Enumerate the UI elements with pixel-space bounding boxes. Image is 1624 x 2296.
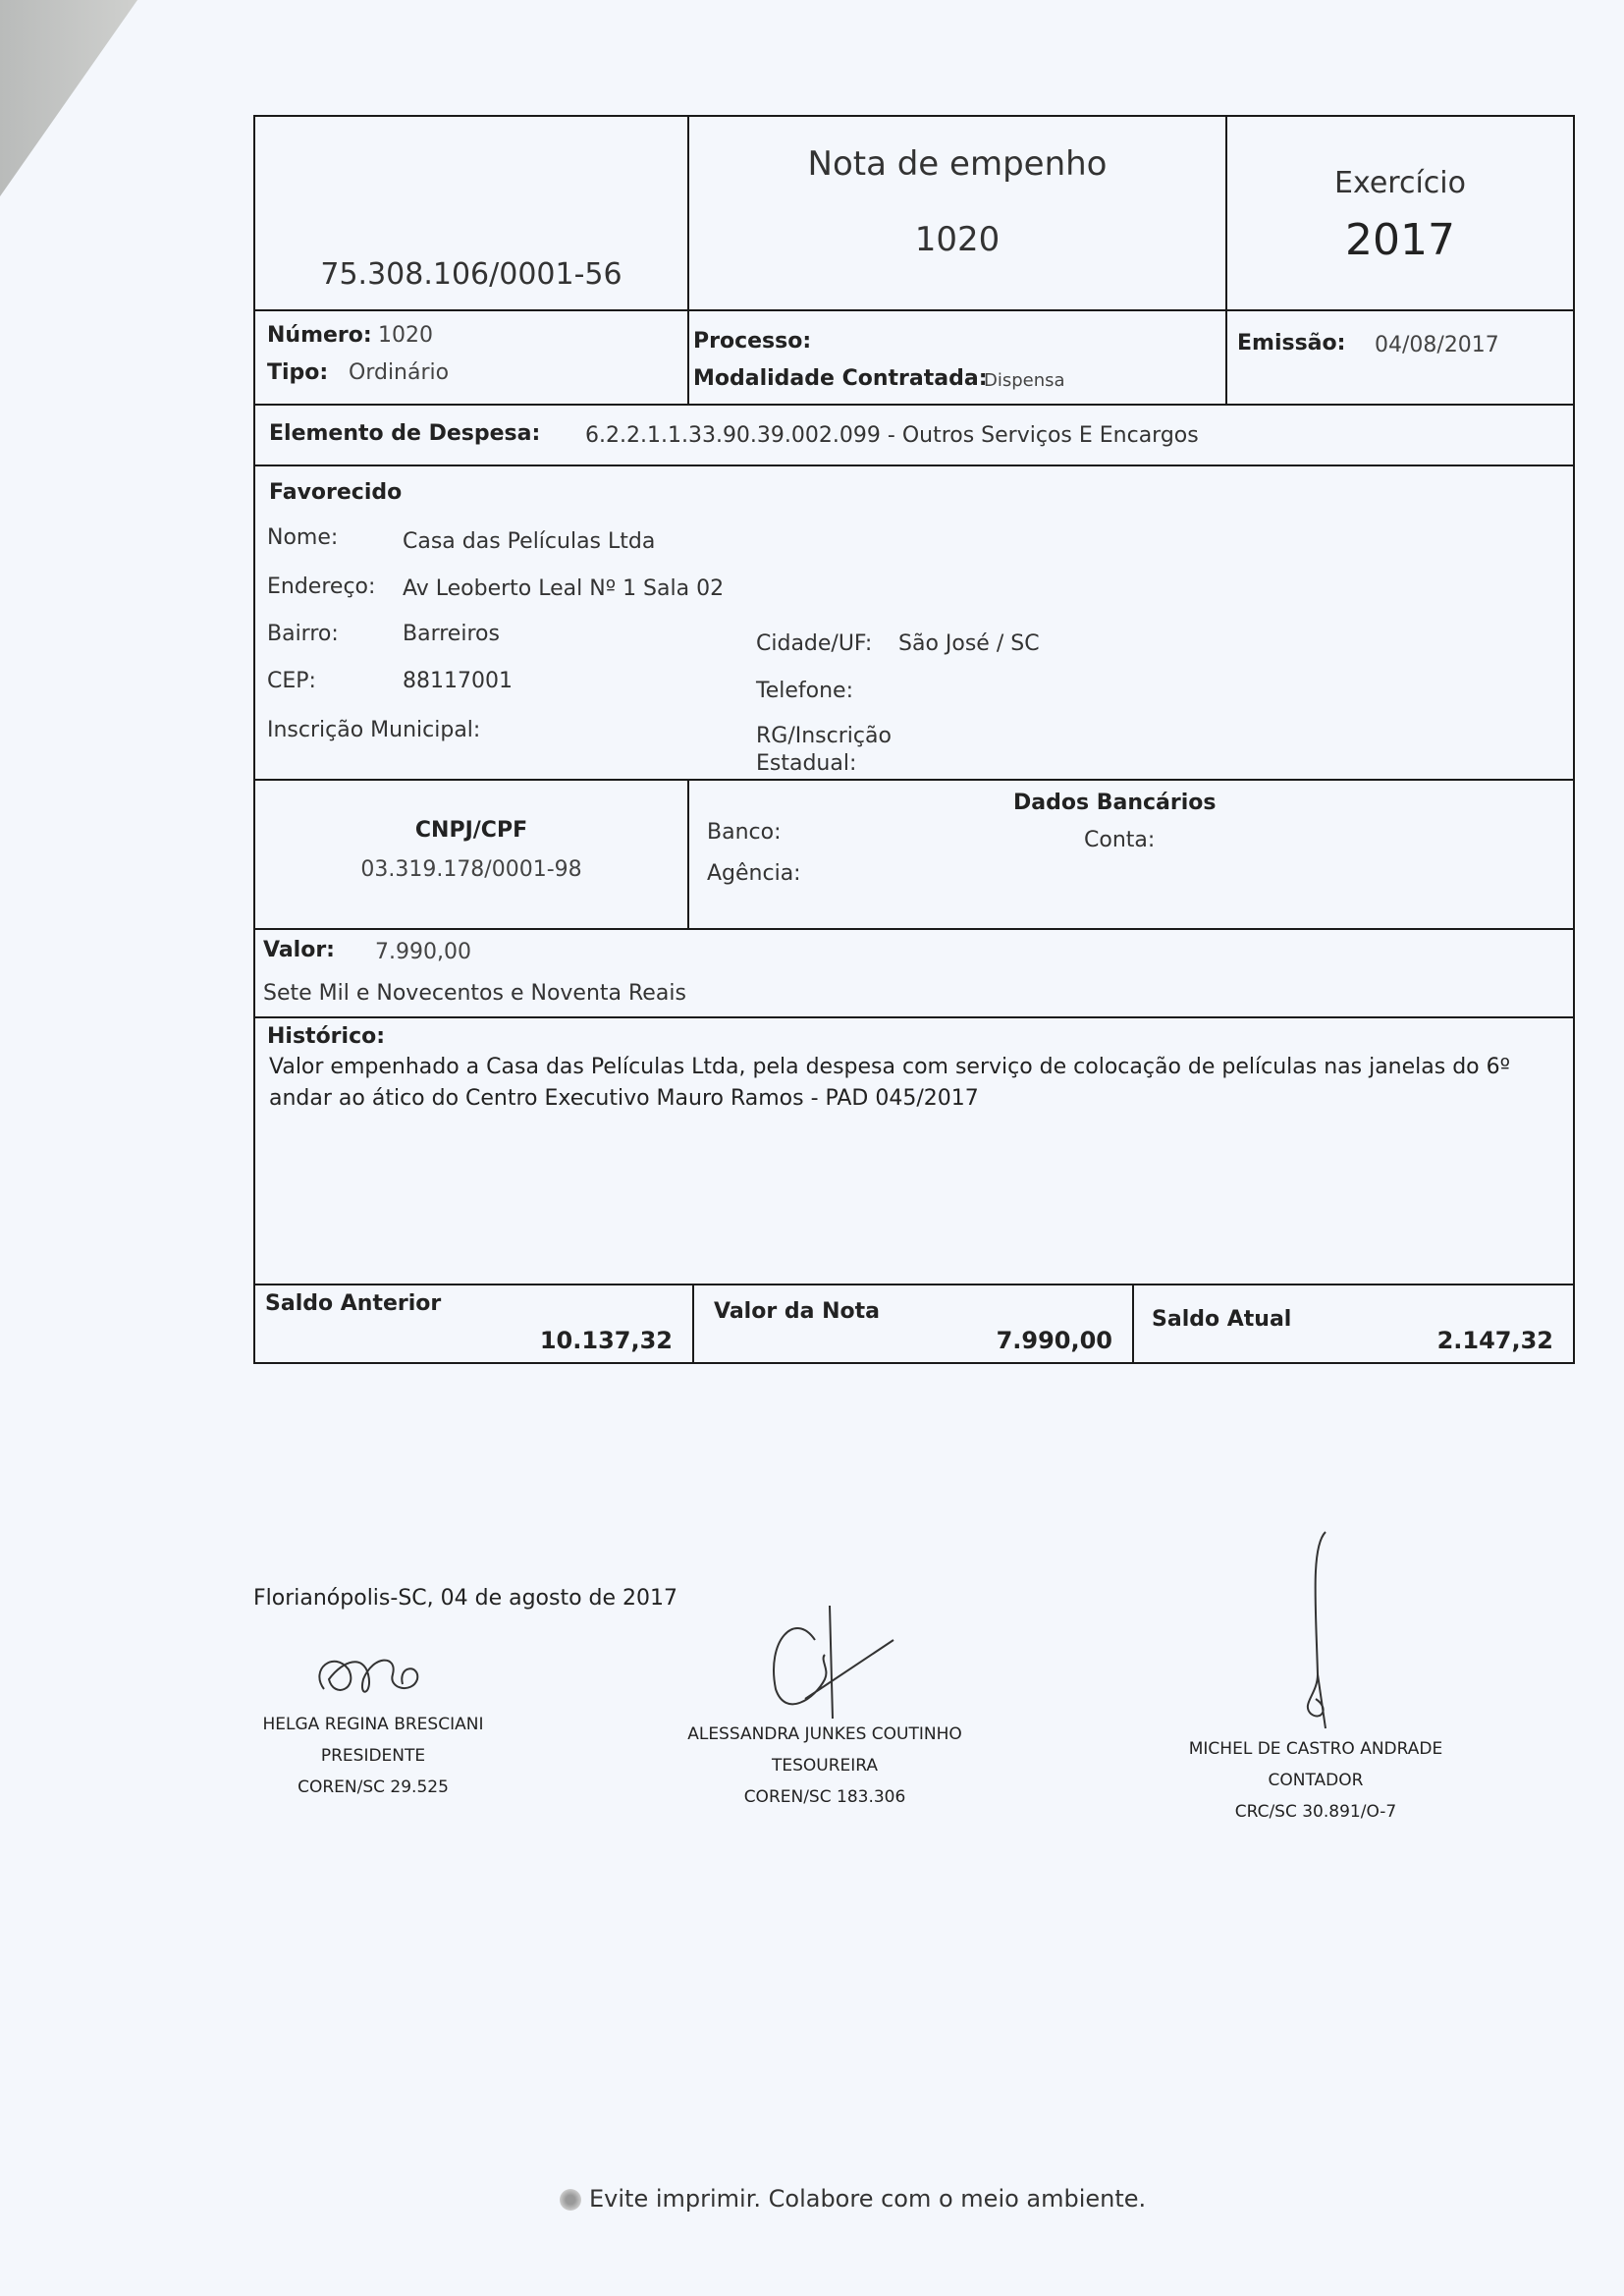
emissao-cell: Emissão: 04/08/2017 [1225,311,1573,404]
favorecido-title: Favorecido [269,480,402,505]
saldo-anterior-cell: Saldo Anterior 10.137,32 [255,1285,692,1362]
valor-row: Valor: 7.990,00 Sete Mil e Novecentos e … [253,930,1575,1018]
emissao-value: 04/08/2017 [1375,333,1499,357]
telefone-label: Telefone: [756,679,853,703]
nome-label: Nome: [267,525,338,550]
saldo-value: 10.137,32 [540,1327,673,1354]
scan-shadow [0,0,137,196]
valor-label: Valor: [263,938,335,962]
bank-title: Dados Bancários [1013,791,1217,815]
exercicio-cell: Exercício 2017 [1225,117,1573,309]
historico-section: Histórico: Valor empenhado a Casa das Pe… [253,1018,1575,1285]
saldo-atual-cell: Saldo Atual 2.147,32 [1132,1285,1573,1362]
signatory-registry: COREN/SC 29.525 [226,1772,520,1803]
saldo-value: 2.147,32 [1437,1327,1553,1354]
numero-label: Número: [267,323,372,348]
signatory-name: HELGA REGINA BRESCIANI [226,1709,520,1740]
processo-cell: Processo: Modalidade Contratada: Dispens… [687,311,1225,404]
saldo-label: Valor da Nota [714,1299,880,1324]
valor-nota-cell: Valor da Nota 7.990,00 [692,1285,1132,1362]
cep-label: CEP: [267,669,316,693]
exercicio-label: Exercício [1227,166,1573,200]
org-cnpj: 75.308.106/0001-56 [255,257,687,292]
modalidade-value: Dispensa [984,370,1065,391]
tipo-value: Ordinário [349,360,449,385]
footer-note: Evite imprimir. Colabore com o meio ambi… [560,2185,1146,2213]
cep-value: 88117001 [403,669,513,693]
signature-icon [736,1601,913,1719]
modalidade-label: Modalidade Contratada: [693,366,988,391]
agencia-label: Agência: [707,861,801,886]
valor-value: 7.990,00 [375,940,471,964]
emissao-label: Emissão: [1237,331,1345,355]
signatory-name: ALESSANDRA JUNKES COUTINHO [668,1719,982,1750]
rg-label-line1: RG/Inscrição [756,724,892,748]
tipo-label: Tipo: [267,360,328,385]
cnpj-cell: CNPJ/CPF 03.319.178/0001-98 [255,781,687,928]
place-date: Florianópolis-SC, 04 de agosto de 2017 [253,1586,677,1611]
empenho-form: 75.308.106/0001-56 Nota de empenho 1020 … [253,115,1575,1364]
signature-block: HELGA REGINA BRESCIANI PRESIDENTE COREN/… [226,1640,520,1803]
numero-tipo-cell: Número: 1020 Tipo: Ordinário [255,311,687,404]
conta-label: Conta: [1084,828,1155,852]
rg-label-line2: Estadual: [756,751,856,776]
cidade-label: Cidade/UF: [756,631,872,656]
cnpj-bank-row: CNPJ/CPF 03.319.178/0001-98 Dados Bancár… [253,781,1575,930]
elemento-value: 6.2.2.1.1.33.90.39.002.099 - Outros Serv… [585,423,1199,448]
endereco-label: Endereço: [267,574,375,599]
title-cell: Nota de empenho 1020 [687,117,1225,309]
elemento-label: Elemento de Despesa: [269,421,540,446]
org-cell: 75.308.106/0001-56 [255,117,687,309]
valor-extenso: Sete Mil e Novecentos e Noventa Reais [263,981,686,1006]
saldo-label: Saldo Atual [1152,1307,1291,1332]
elemento-row: Elemento de Despesa: 6.2.2.1.1.33.90.39.… [253,406,1575,466]
numero-value: 1020 [378,323,433,348]
signature-block: ALESSANDRA JUNKES COUTINHO TESOUREIRA CO… [668,1601,982,1813]
cnpj-value: 03.319.178/0001-98 [255,857,687,882]
historico-text: Valor empenhado a Casa das Películas Ltd… [269,1052,1559,1115]
inscricao-municipal-label: Inscrição Municipal: [267,718,480,742]
signatory-role: TESOUREIRA [668,1750,982,1781]
historico-label: Histórico: [267,1024,385,1049]
document-title: Nota de empenho [689,144,1225,184]
info-row: Número: 1020 Tipo: Ordinário Processo: M… [253,311,1575,406]
cnpj-label: CNPJ/CPF [255,818,687,843]
nome-value: Casa das Películas Ltda [403,529,655,554]
signature-block: MICHEL DE CASTRO ANDRADE CONTADOR CRC/SC… [1159,1527,1473,1828]
saldos-row: Saldo Anterior 10.137,32 Valor da Nota 7… [253,1285,1575,1364]
banco-label: Banco: [707,820,782,845]
bank-cell: Dados Bancários Banco: Agência: Conta: [687,781,1573,928]
saldo-value: 7.990,00 [997,1327,1112,1354]
signatory-registry: CRC/SC 30.891/O-7 [1159,1796,1473,1828]
document-number: 1020 [689,220,1225,259]
signatory-role: PRESIDENTE [226,1740,520,1772]
signatory-name: MICHEL DE CASTRO ANDRADE [1159,1733,1473,1765]
signature-icon [1257,1527,1375,1733]
saldo-label: Saldo Anterior [265,1291,441,1316]
footer-text: Evite imprimir. Colabore com o meio ambi… [589,2185,1146,2213]
exercicio-year: 2017 [1227,215,1573,265]
endereco-value: Av Leoberto Leal Nº 1 Sala 02 [403,576,724,601]
signature-icon [304,1640,442,1709]
header-row: 75.308.106/0001-56 Nota de empenho 1020 … [253,115,1575,311]
bairro-value: Barreiros [403,622,500,646]
signatory-registry: COREN/SC 183.306 [668,1781,982,1813]
signatory-role: CONTADOR [1159,1765,1473,1796]
processo-label: Processo: [693,329,811,354]
cidade-value: São José / SC [898,631,1040,656]
recycle-icon [560,2189,581,2211]
favorecido-section: Favorecido Nome: Casa das Películas Ltda… [253,466,1575,781]
bairro-label: Bairro: [267,622,339,646]
